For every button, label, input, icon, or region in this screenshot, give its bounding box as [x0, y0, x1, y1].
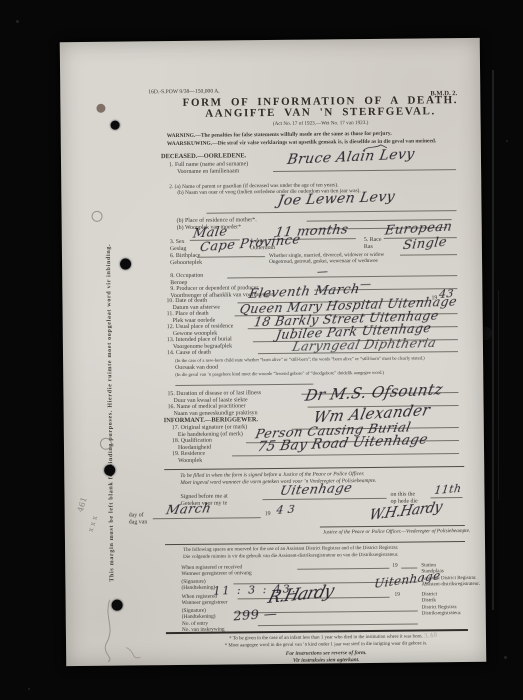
hw-signed-month: March [165, 501, 213, 518]
when-registered-received-label: When registered or received Wanneer gere… [181, 564, 251, 577]
jp-caption: Justice of the Peace or Police Officer.—… [323, 527, 470, 535]
scanned-death-form: This margin must be left blank for bindi… [0, 0, 523, 700]
page-edge-highlight [498, 290, 499, 500]
field-label-marital: Whether single, married, divorced, widow… [269, 252, 384, 266]
form-print-code: 16D.-S.POW 9/38—150,000 A. [148, 89, 219, 96]
hw-parent-name: Joe Lewen Levy [277, 189, 397, 209]
hw-signed-place: Uitenhage [279, 481, 354, 499]
reserved-note-af: Die volgende ruimtes is vir die gebruik … [183, 552, 398, 560]
warning-af: WAARSKUWING.—Die straf vir valse verklar… [167, 138, 437, 147]
field-label-race: 5. Race Ras [364, 237, 382, 251]
scan-speck [504, 656, 507, 659]
printed-year-19-jp: 19 [265, 511, 271, 518]
punch-hole [120, 258, 131, 269]
pencil-squiggle [96, 597, 177, 664]
page-edge-highlight [492, 70, 494, 610]
printed-year-19-r1: 19 [392, 563, 397, 569]
pencil-ring-mark [100, 438, 112, 450]
printed-year-19-r3: 19 [395, 592, 400, 598]
pencil-mark: x x x [87, 515, 100, 533]
field-label-informant-residence: 19. Residence Woonplek [172, 451, 205, 465]
district-label: District Distrik [422, 591, 438, 603]
deceased-heading: DECEASED.—OORLEDENE. [161, 152, 246, 160]
field-label-cause-of-death-en: 14. Cause of death [167, 350, 211, 357]
scan-speck [28, 688, 30, 690]
binding-margin-note: This margin must be left blank for bindi… [105, 162, 115, 582]
hw-jp-signature: W.H.Hardy [368, 499, 444, 524]
punch-hole-smudge [96, 104, 105, 113]
pencil-mark: 461 [76, 496, 89, 513]
scan-speck [16, 20, 19, 23]
hw-signed-year: 4 3 [276, 503, 296, 517]
punch-hole [104, 465, 115, 476]
field-label-fullname: 1. Full name (name and surname) Voorname… [169, 161, 248, 176]
form-page: This margin must be left blank for bindi… [60, 38, 487, 666]
field-label-birthplace: 6. Birthplace Geboorteplek [170, 253, 202, 267]
pencil-ring-mark [92, 211, 103, 222]
field-label-qualification: 18. Qualification Hoedanigheid [172, 438, 212, 452]
hw-fullname: Bruce Alain Levy [286, 146, 416, 168]
hw-marital: Single [402, 235, 448, 254]
signature-label-assistant: (Signature) (Handtekening) [181, 579, 215, 592]
hw-occupation: — [317, 265, 329, 279]
hw-insertion-squiggle [361, 143, 391, 153]
scan-speck [506, 140, 508, 142]
act-reference: (Act No. 17 of 1923.—Wet No. 17 van 1923… [161, 119, 481, 128]
punch-hole [111, 121, 120, 130]
hw-producer: — [360, 278, 372, 292]
hw-entry-number: 299 — [233, 607, 278, 625]
signature-label-district: (Signature) (Handtekening) [182, 608, 216, 621]
field-label-sex: 3. Sex Geslag [170, 239, 187, 253]
hw-signed-day: 11th [434, 482, 463, 497]
form-title-af: AANGIFTE VAN 'N STERFGEVAL. [160, 105, 480, 120]
district-registrar-label: District Registrar. Distriksregistrateur… [422, 605, 462, 617]
day-of-label: day of dag van [129, 512, 148, 526]
cause-note-en: (In the case of a new-born child state w… [175, 355, 461, 364]
